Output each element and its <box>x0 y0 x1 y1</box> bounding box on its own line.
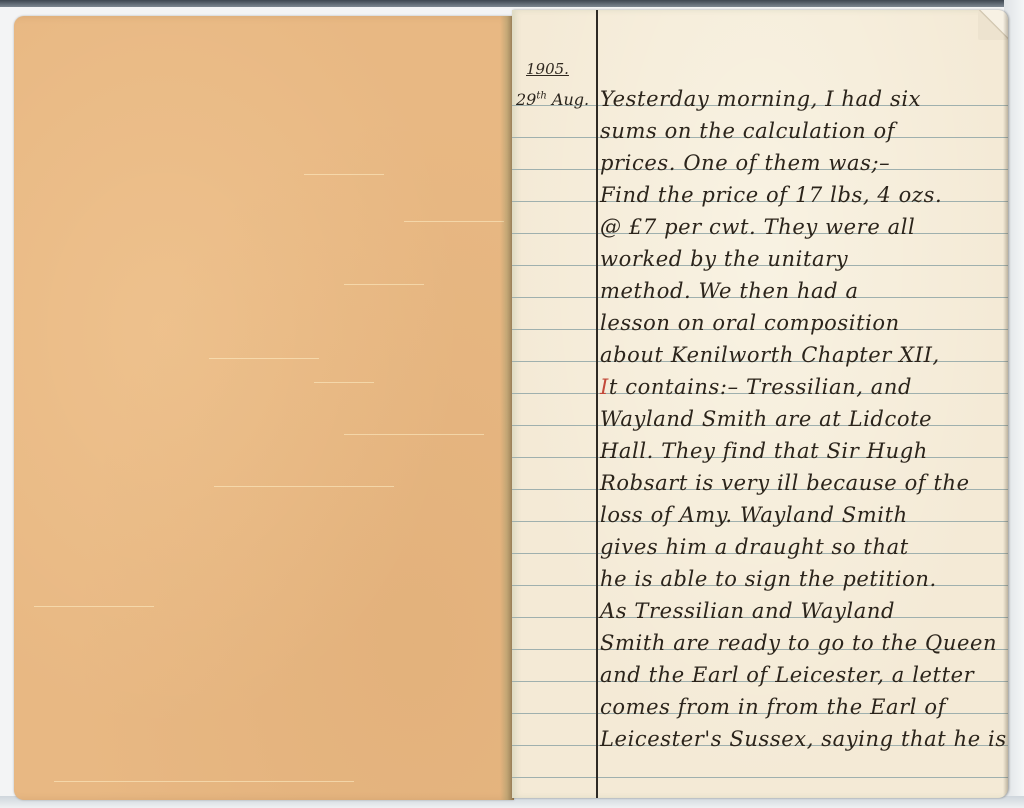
paper-fiber-line <box>344 434 484 435</box>
entry-day-suffix: th <box>536 91 546 102</box>
entry-line: prices. One of them was;– <box>600 151 890 175</box>
scanner-top-edge <box>0 0 1024 7</box>
entry-line: @ £7 per cwt. They were all <box>600 215 915 239</box>
entry-line: Robsart is very ill because of the <box>600 471 970 495</box>
entry-line: It contains:– Tressilian, and <box>600 375 912 399</box>
right-page-notebook: 1905. 29th Aug. Yesterday morning, I had… <box>512 10 1008 798</box>
entry-line: he is able to sign the petition. <box>600 567 937 591</box>
paper-fiber-line <box>404 221 504 222</box>
paper-fiber-line <box>34 606 154 607</box>
entry-line: worked by the unitary <box>600 247 848 271</box>
red-initial-letter: I <box>600 375 609 399</box>
entry-line: Find the price of 17 lbs, 4 ozs. <box>600 183 942 207</box>
entry-day: 29 <box>516 90 536 109</box>
entry-line: method. We then had a <box>600 279 859 303</box>
paper-fiber-line <box>314 382 374 383</box>
entry-line: Yesterday morning, I had six <box>600 87 921 111</box>
entry-line: loss of Amy. Wayland Smith <box>600 503 908 527</box>
entry-line-text: t contains:– Tressilian, and <box>609 375 912 399</box>
entry-line: Leicester's Sussex, saying that he is <box>600 727 1007 751</box>
paper-fiber-line <box>54 781 354 782</box>
entry-line: sums on the calculation of <box>600 119 895 143</box>
entry-year: 1905. <box>526 60 569 78</box>
entry-line: Hall. They find that Sir Hugh <box>600 439 928 463</box>
entry-line: lesson on oral composition <box>600 311 900 335</box>
entry-date: 29th Aug. <box>516 90 589 109</box>
left-page-endpaper <box>14 16 514 800</box>
paper-fiber-line <box>209 358 319 359</box>
entry-line: comes from in from the Earl of <box>600 695 946 719</box>
margin-line <box>596 10 598 798</box>
entry-line: about Kenilworth Chapter XII, <box>600 343 940 367</box>
entry-month: Aug. <box>552 90 589 109</box>
entry-line: Wayland Smith are at Lidcote <box>600 407 932 431</box>
entry-line: As Tressilian and Wayland <box>600 599 895 623</box>
paper-fiber-line <box>214 486 394 487</box>
page-edge <box>1003 10 1008 798</box>
paper-fiber-line <box>344 284 424 285</box>
entry-line: gives him a draught so that <box>600 535 909 559</box>
entry-line: and the Earl of Leicester, a letter <box>600 663 974 687</box>
ruled-line <box>512 777 1008 778</box>
entry-line: Smith are ready to go to the Queen <box>600 631 997 655</box>
paper-fiber-line <box>304 174 384 175</box>
